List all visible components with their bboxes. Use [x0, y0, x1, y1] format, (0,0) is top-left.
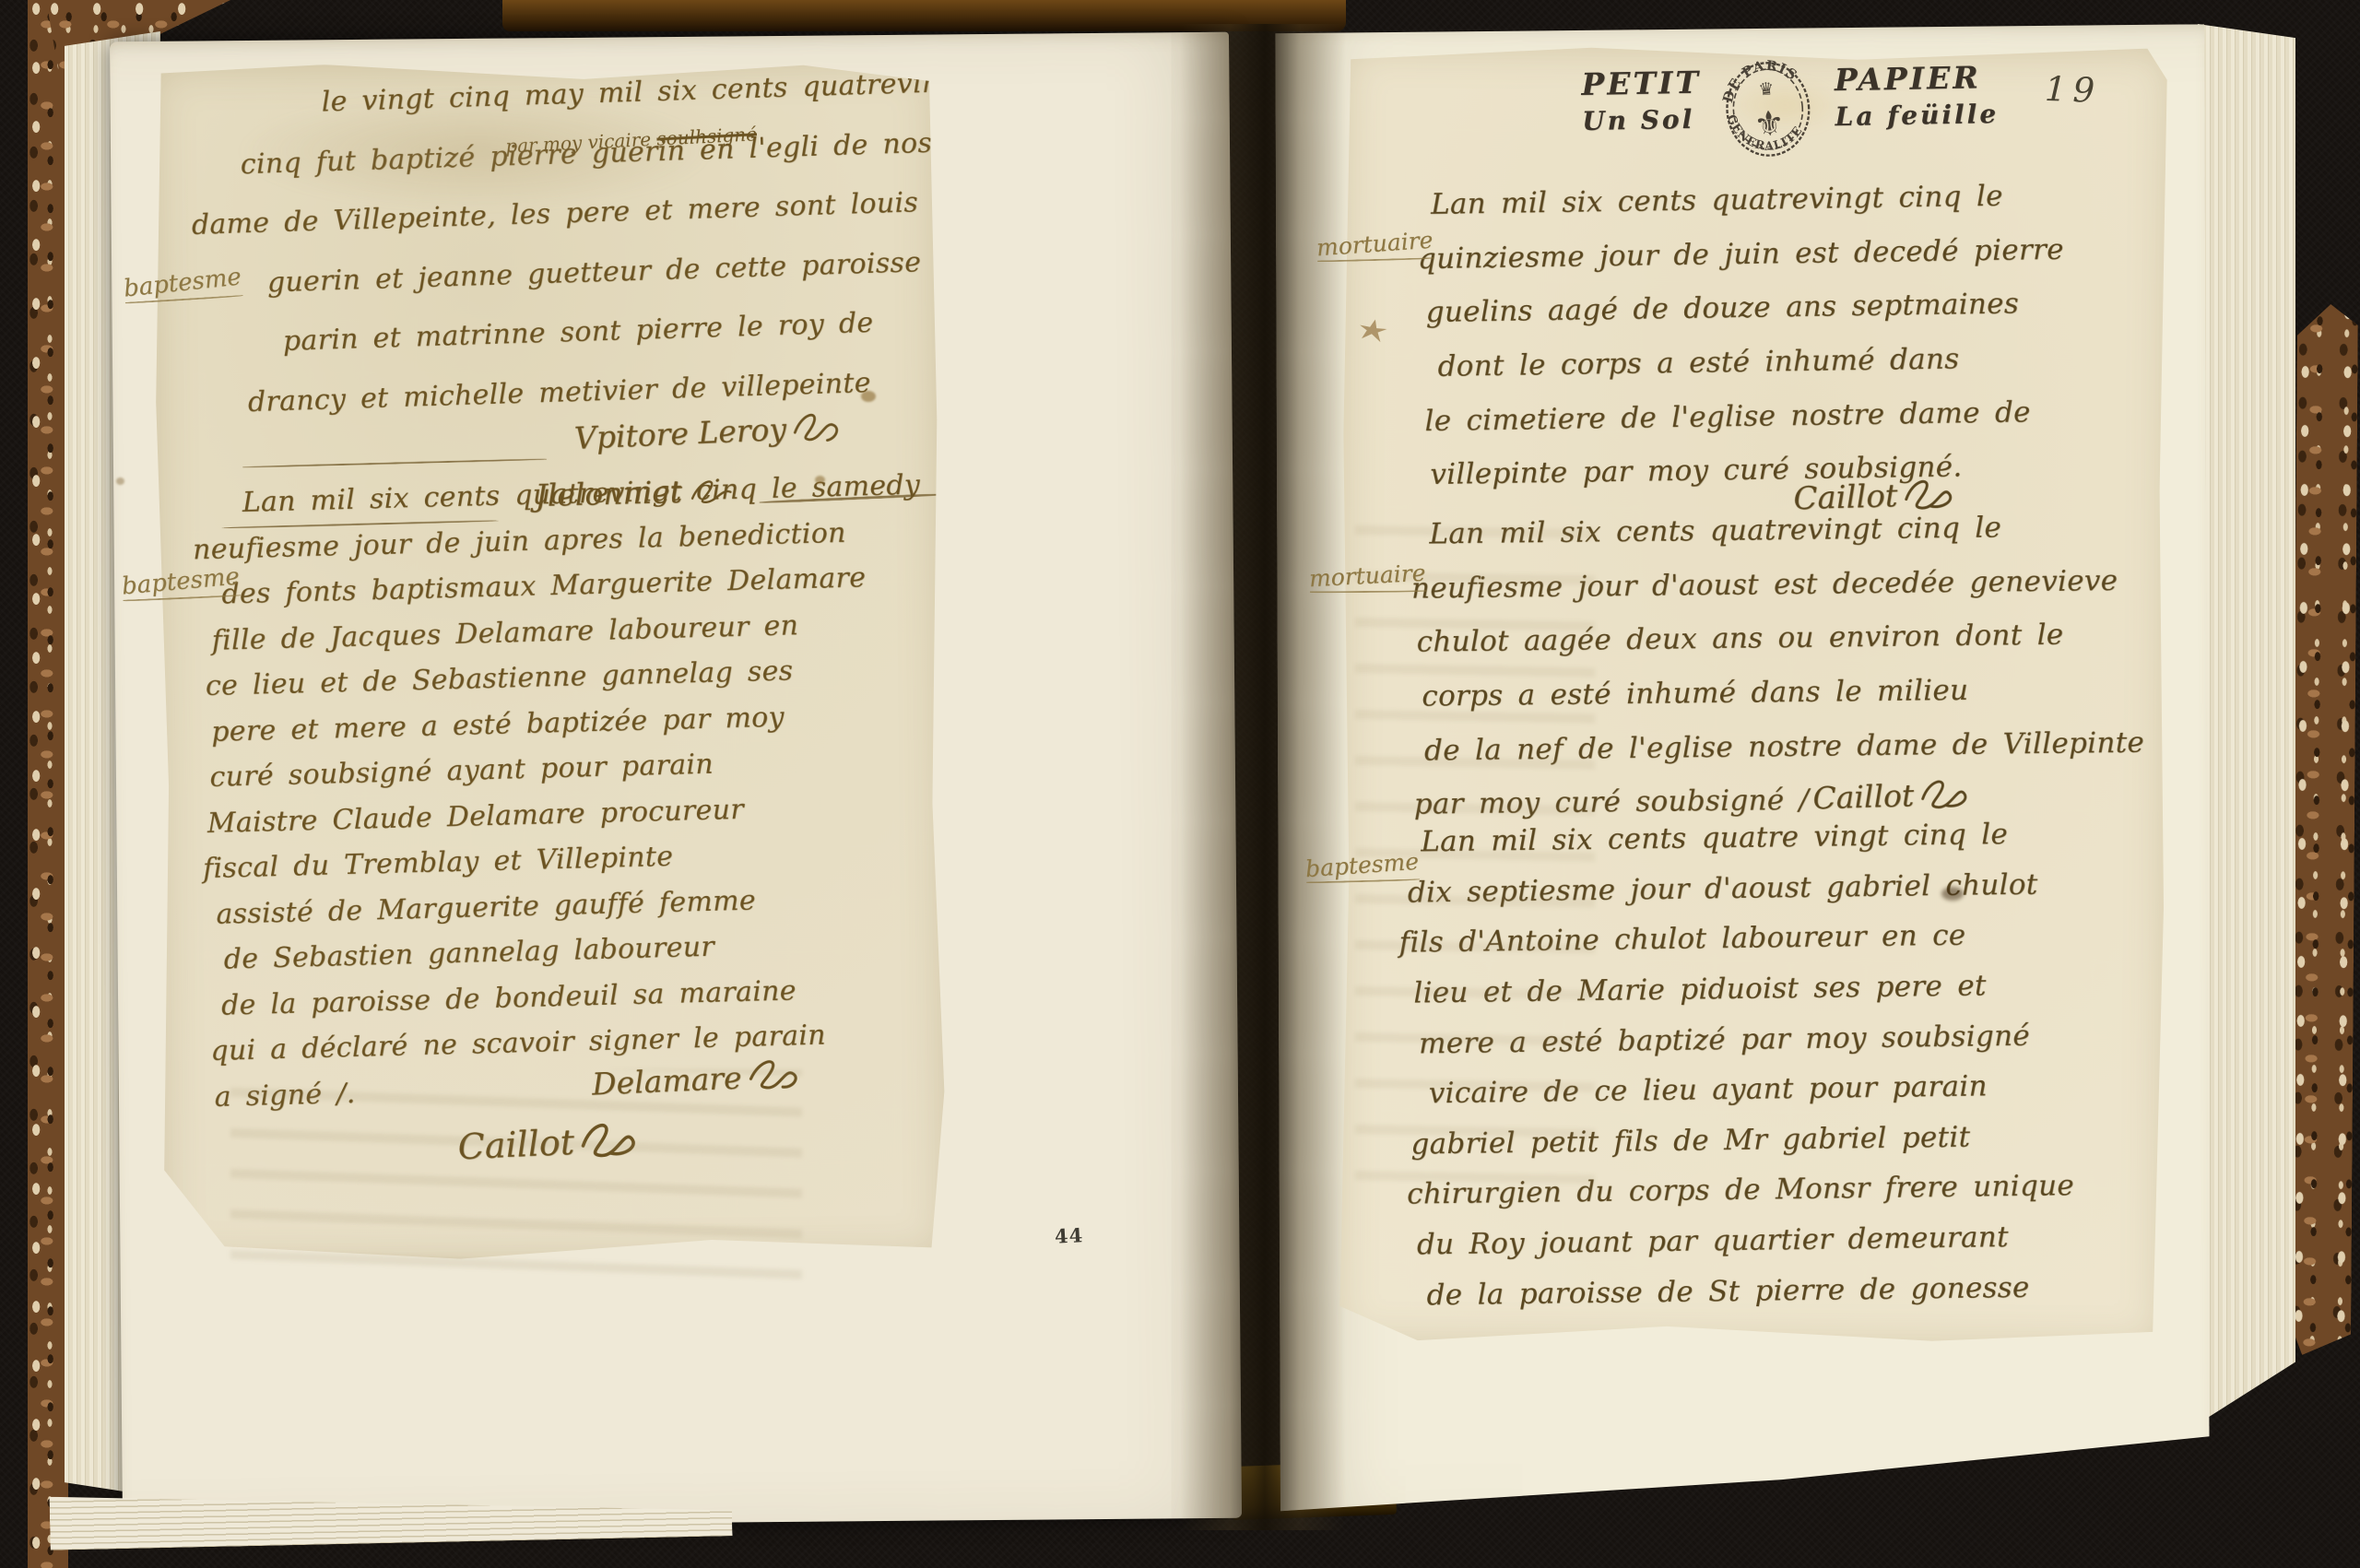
manuscript-line: de la paroisse de St pierre de gonesse: [1426, 1271, 2075, 1313]
manuscript-line: de la nef de l'eglise nostre dame de Vil…: [1424, 726, 2144, 767]
stamp-word-petit: PETIT: [1581, 65, 1701, 102]
struck-word: soulhsigné: [656, 123, 758, 149]
baptism-record-delamare: Lan mil six cents quatrevingt cinq le sa…: [191, 470, 936, 1127]
manuscript-line: de Sebastien gannelag laboureur: [223, 925, 932, 976]
signature-caillot: Caillot: [457, 1117, 642, 1168]
tax-stamp: PETIT Un Sol DE PARIS GENERALITE ♛ ⚜ PAP…: [1581, 48, 2000, 173]
manuscript-line: mere a esté baptizé par moy soubsigné: [1419, 1020, 2072, 1061]
manuscript-line: neufiesme jour d'aoust est decedée genev…: [1411, 564, 2142, 606]
baptism-record-chulot: Lan mil six cents quatre vingt cinq le d…: [1398, 818, 2076, 1330]
manuscript-line: fille de Jacques Delamare laboureur en: [211, 607, 924, 657]
signature-caillot: Caillot: [1812, 774, 1972, 816]
manuscript-line: neufiesme jour de juin apres la benedict…: [193, 515, 922, 566]
manuscript-line: dix septiesme jour d'aoust gabriel chulo…: [1408, 868, 2071, 910]
manuscript-line: fiscal du Tremblay et Villepinte: [203, 835, 930, 886]
manuscript-line: le cimetiere de l'eglise nostre dame de: [1424, 395, 2066, 438]
signature-delamare: Delamare: [591, 1055, 803, 1102]
burial-record-chulot: Lan mil six cents quatrevingt cinq le ne…: [1410, 511, 2145, 843]
manuscript-line: a signé /.: [214, 1063, 936, 1114]
manuscript-line: par moy curé soubsigné /: [1413, 781, 2144, 822]
marbled-cover-right: [2290, 304, 2358, 1355]
manuscript-line: guelins aagé de douze ans septmaines: [1425, 288, 2064, 330]
right-manuscript-leaf: Lan mil six cents quatrevingt cinq le qu…: [1335, 43, 2173, 1350]
signature-flourish: [1918, 774, 1971, 811]
margin-note-mortuaire: mortuaire: [1308, 560, 1426, 595]
rule-line: [242, 458, 547, 468]
rule-line: [759, 493, 948, 504]
leaf-number: 44: [1054, 1223, 1084, 1248]
manuscript-line: Lan mil six cents quatrevingt cinq le: [1431, 180, 2063, 222]
marbled-cover-left: [28, 0, 68, 1568]
manuscript-line: cinq fut baptizé pierre guerin en l'egli…: [240, 126, 973, 181]
stamp-left-text: PETIT Un Sol: [1581, 53, 1702, 136]
manuscript-line: vicaire de ce lieu ayant pour parain: [1429, 1069, 2073, 1111]
stamp-right-text: PAPIER La feüille: [1834, 48, 1999, 132]
interline-insertion: par moy vicaire soulhsigné: [505, 123, 758, 157]
manuscript-line: des fonts baptismaux Marguerite Delamare: [221, 561, 923, 611]
signature-flourish: [1903, 474, 1957, 513]
manuscript-line: lieu et de Marie piduoist ses pere et: [1413, 969, 2071, 1010]
manuscript-line: Lan mil six cents quatrevingt cinq le sa…: [242, 470, 920, 520]
manuscript-line: curé soubsigné ayant pour parain: [209, 744, 927, 795]
manuscript-line: chirurgien du corps de Monsr frere uniqu…: [1407, 1171, 2074, 1212]
burial-record-guelins: Lan mil six cents quatrevingt cinq le qu…: [1417, 180, 2068, 513]
stamp-word-lafeuille: La feüille: [1835, 99, 1999, 132]
folio-number: 19: [2044, 69, 2102, 111]
manuscript-line: assisté de Marguerite gauffé femme: [216, 880, 931, 931]
manuscript-line: qui a déclaré ne scavoir signer le parai…: [210, 1017, 935, 1067]
signature-leroy: Vpitore Leroy: [573, 407, 846, 456]
signature-flourish: [579, 1117, 642, 1161]
manuscript-line: Maistre Claude Delamare procureur: [206, 789, 928, 840]
manuscript-line: du Roy jouant par quartier demeurant: [1417, 1220, 2075, 1262]
fleur-de-lis-icon: ⚜: [1752, 102, 1787, 146]
stamp-word-papier: PAPIER: [1835, 59, 1982, 98]
register-photo: le vingt cinq may mil six cents quatrevi…: [0, 0, 2360, 1568]
manuscript-line: corps a esté inhumé dans le milieu: [1422, 673, 2143, 714]
manuscript-line: quinziesme jour de juin est decedé pierr…: [1418, 233, 2064, 276]
signature-flourish: [746, 1055, 803, 1094]
signature-flourish: [687, 473, 736, 507]
manuscript-line: drancy et michelle metivier de villepein…: [247, 364, 981, 419]
manuscript-line: parin et matrinne sont pierre le roy de: [282, 304, 979, 358]
rule-line: [222, 520, 499, 529]
baptism-record-guerin: le vingt cinq may mil six cents quatrevi…: [183, 66, 982, 448]
generalite-roundel-icon: DE PARIS GENERALITE ♛ ⚜: [1708, 47, 1829, 174]
manuscript-line: pere et mere a esté baptizée par moy: [211, 698, 926, 749]
manuscript-line: ce lieu et de Sebastienne gannelag ses: [206, 653, 926, 703]
signature-flourish: [791, 407, 846, 444]
page-fore-edge-right: [2198, 24, 2295, 1418]
manuscript-line: gabriel petit fils de Mr gabriel petit: [1410, 1120, 2073, 1161]
manuscript-line: guerin et jeanne guetteur de cette paroi…: [266, 245, 977, 300]
manuscript-line: Lan mil six cents quatrevingt cinq le: [1429, 511, 2142, 551]
stamp-word-unsol: Un Sol: [1582, 104, 1695, 136]
manuscript-line: de la paroisse de bondeuil sa maraine: [221, 972, 934, 1022]
manuscript-line: dont le corps a esté inhumé dans: [1437, 342, 2065, 384]
manuscript-line: Lan mil six cents quatre vingt cinq le: [1421, 818, 2070, 859]
manuscript-line: fils d'Antoine chulot laboureur en ce: [1398, 918, 2071, 960]
signature-lelonniet: Jlelonniet: [535, 472, 737, 513]
binding-top-edge: [502, 0, 1346, 31]
manuscript-line: villepinte par moy curé soubsigné.: [1430, 450, 2067, 492]
left-manuscript-leaf: le vingt cinq may mil six cents quatrevi…: [151, 59, 947, 1266]
crown-icon: ♛: [1758, 79, 1776, 100]
manuscript-line: dame de Villepeinte, les pere et mere so…: [191, 185, 975, 242]
signature-caillot: Caillot: [1793, 474, 1957, 517]
manuscript-line: chulot aagée deux ans ou environ dont le: [1416, 619, 2142, 660]
